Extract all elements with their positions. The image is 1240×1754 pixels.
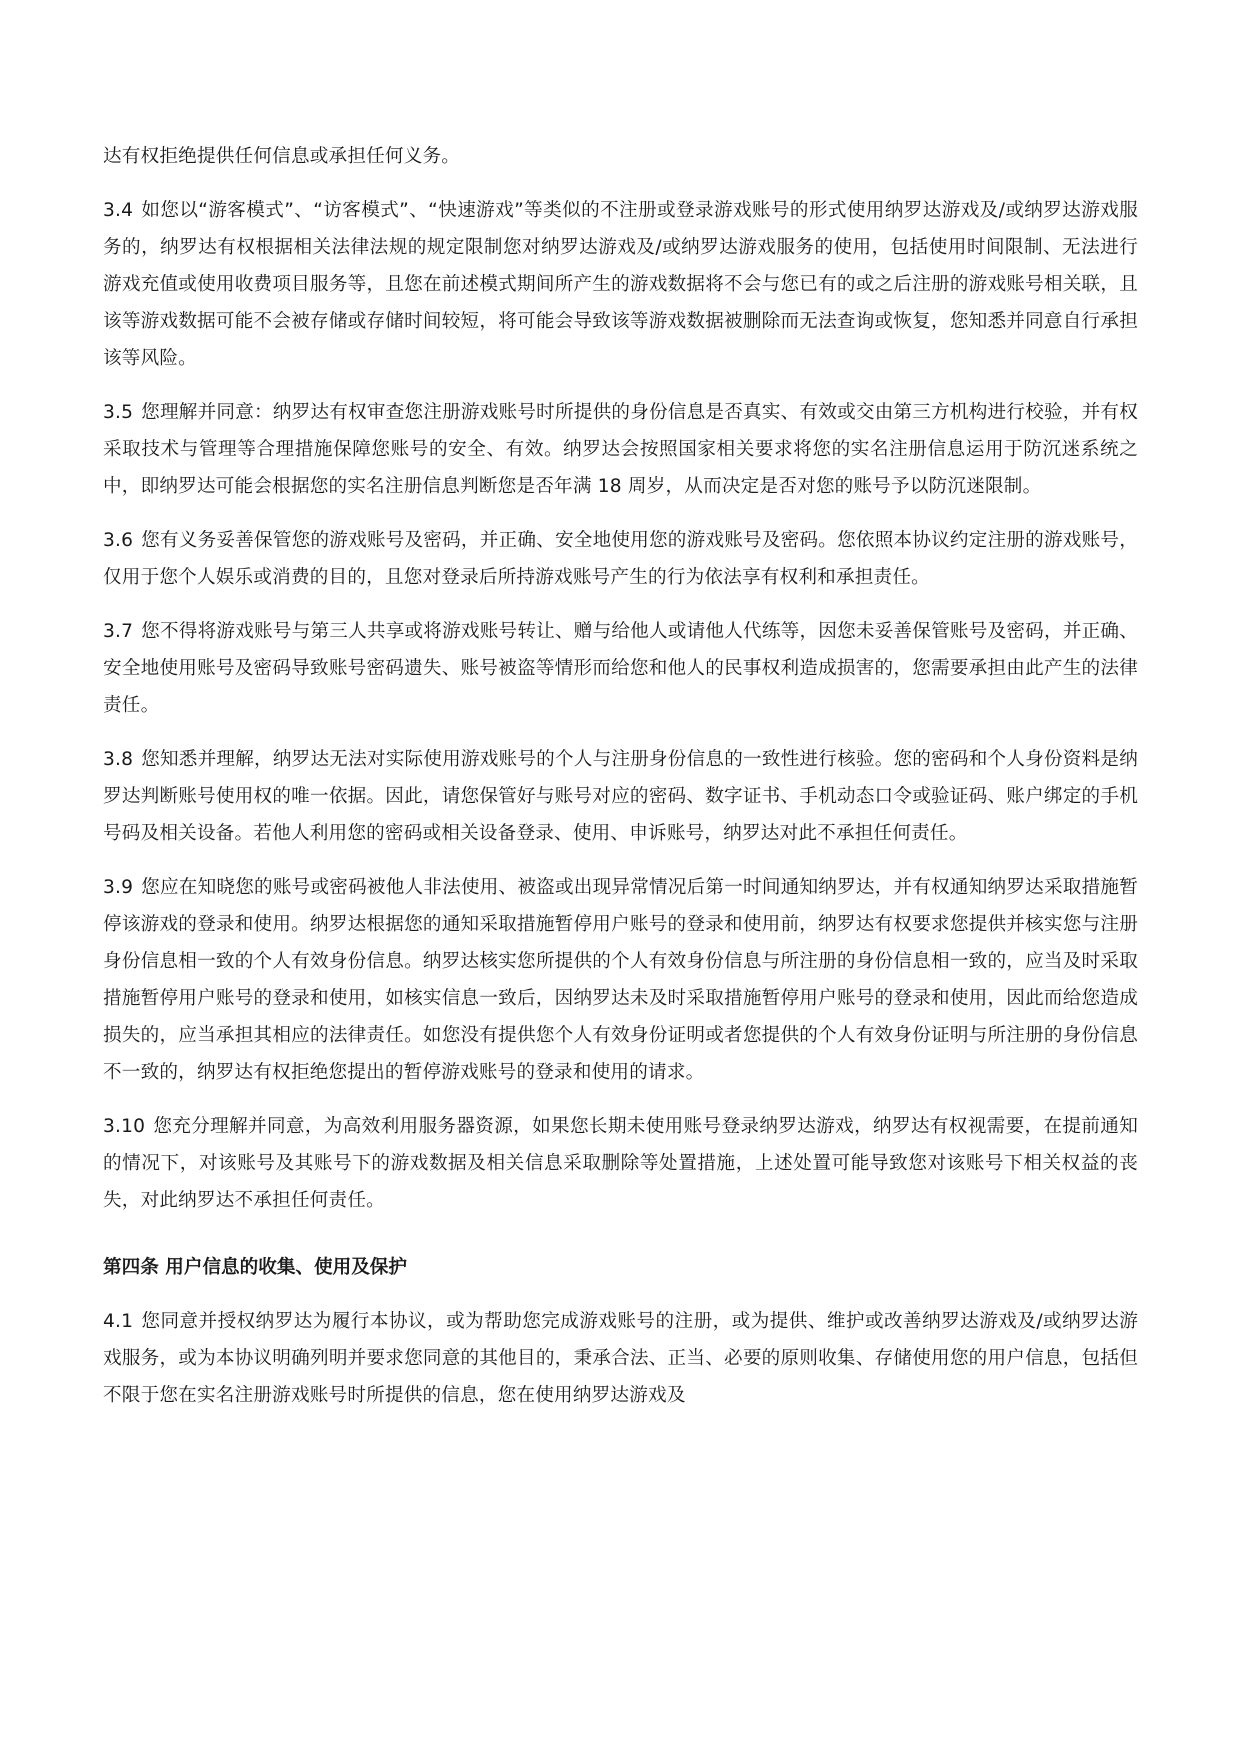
clause-number: 3.10	[103, 1116, 145, 1137]
clause-3-6: 3.6您有义务妥善保管您的游戏账号及密码，并正确、安全地使用您的游戏账号及密码。…	[103, 522, 1138, 596]
clause-number: 4.1	[103, 1311, 133, 1332]
clause-number: 3.7	[103, 621, 133, 642]
clause-text: 您不得将游戏账号与第三人共享或将游戏账号转让、赠与给他人或请他人代练等，因您未妥…	[103, 621, 1138, 716]
clause-3-7: 3.7您不得将游戏账号与第三人共享或将游戏账号转让、赠与给他人或请他人代练等，因…	[103, 613, 1138, 724]
clause-4-1: 4.1您同意并授权纳罗达为履行本协议，或为帮助您完成游戏账号的注册，或为提供、维…	[103, 1303, 1138, 1414]
paragraph-continuation: 达有权拒绝提供任何信息或承担任何义务。	[103, 138, 1138, 175]
clause-number: 3.6	[103, 530, 133, 551]
paragraph-text: 达有权拒绝提供任何信息或承担任何义务。	[103, 146, 460, 167]
clause-text: 您有义务妥善保管您的游戏账号及密码，并正确、安全地使用您的游戏账号及密码。您依照…	[103, 530, 1138, 588]
clause-3-10: 3.10您充分理解并同意，为高效利用服务器资源，如果您长期未使用账号登录纳罗达游…	[103, 1108, 1138, 1219]
section-heading-4: 第四条 用户信息的收集、使用及保护	[103, 1249, 1138, 1286]
document-page: 达有权拒绝提供任何信息或承担任何义务。 3.4如您以“游客模式”、“访客模式”、…	[103, 138, 1138, 1431]
clause-number: 3.4	[103, 200, 133, 221]
clause-number: 3.9	[103, 877, 133, 898]
clause-text: 您知悉并理解，纳罗达无法对实际使用游戏账号的个人与注册身份信息的一致性进行核验。…	[103, 749, 1138, 844]
clause-text: 您充分理解并同意，为高效利用服务器资源，如果您长期未使用账号登录纳罗达游戏，纳罗…	[103, 1116, 1138, 1211]
clause-text: 如您以“游客模式”、“访客模式”、“快速游戏”等类似的不注册或登录游戏账号的形式…	[103, 200, 1138, 369]
clause-number: 3.8	[103, 749, 133, 770]
clause-3-8: 3.8您知悉并理解，纳罗达无法对实际使用游戏账号的个人与注册身份信息的一致性进行…	[103, 741, 1138, 852]
clause-text: 您理解并同意：纳罗达有权审查您注册游戏账号时所提供的身份信息是否真实、有效或交由…	[103, 402, 1138, 497]
clause-3-5: 3.5您理解并同意：纳罗达有权审查您注册游戏账号时所提供的身份信息是否真实、有效…	[103, 394, 1138, 505]
clause-text: 您应在知晓您的账号或密码被他人非法使用、被盗或出现异常情况后第一时间通知纳罗达，…	[103, 877, 1138, 1083]
clause-text: 您同意并授权纳罗达为履行本协议，或为帮助您完成游戏账号的注册，或为提供、维护或改…	[103, 1311, 1138, 1406]
clause-3-4: 3.4如您以“游客模式”、“访客模式”、“快速游戏”等类似的不注册或登录游戏账号…	[103, 192, 1138, 377]
clause-number: 3.5	[103, 402, 133, 423]
clause-3-9: 3.9您应在知晓您的账号或密码被他人非法使用、被盗或出现异常情况后第一时间通知纳…	[103, 869, 1138, 1091]
